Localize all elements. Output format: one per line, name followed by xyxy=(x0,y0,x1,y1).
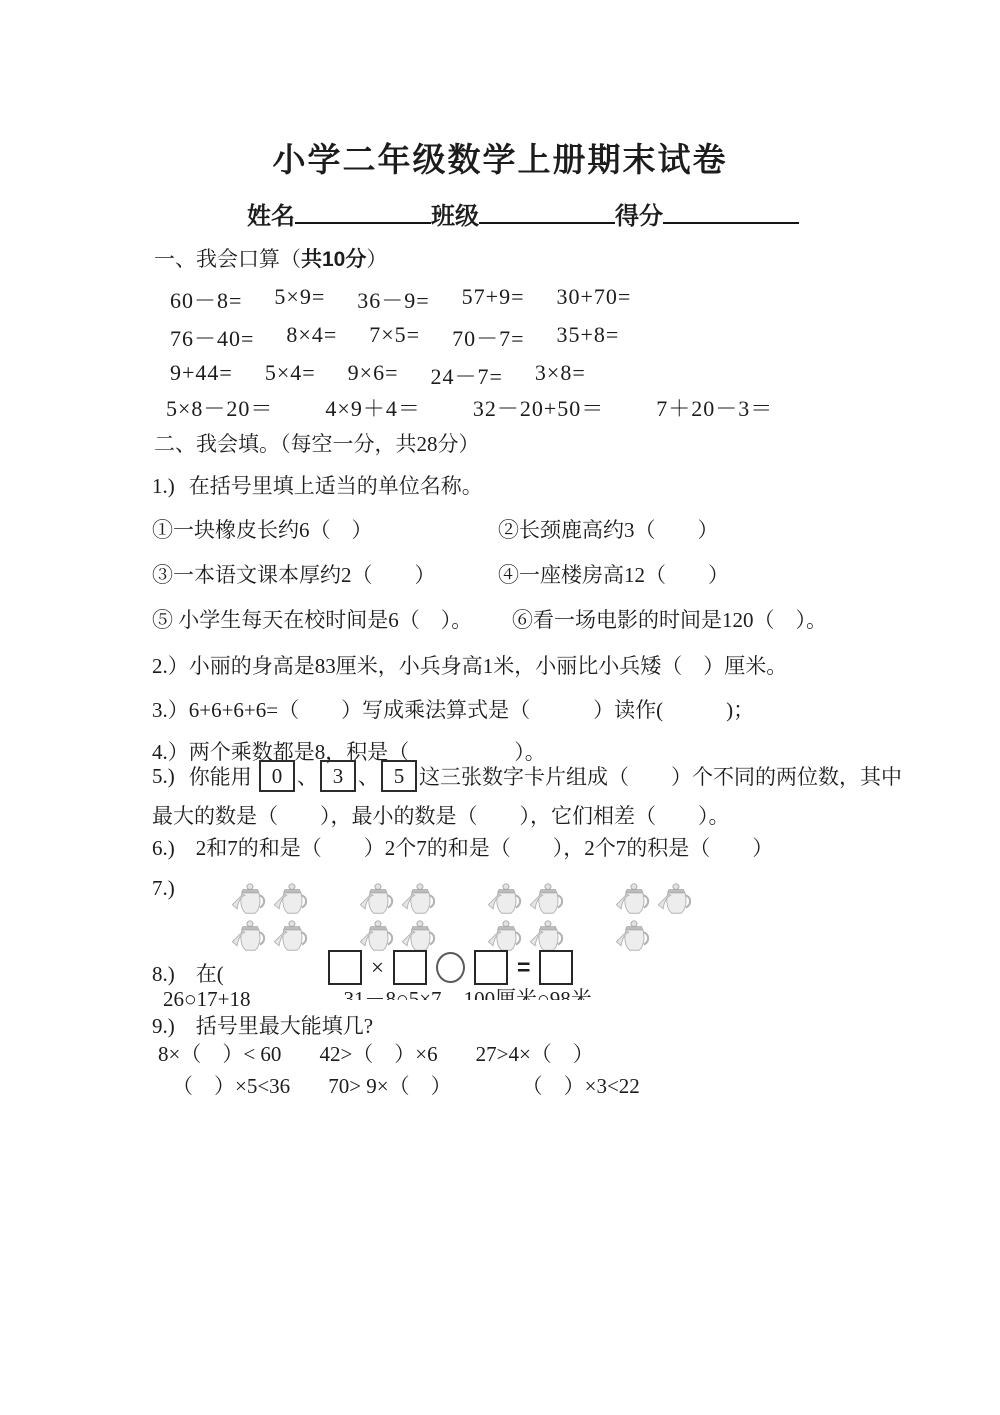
question-5-line2: 最大的数是（ ），最小的数是（ ），它们相差（ ）。 xyxy=(152,800,730,830)
exam-title: 小学二年级数学上册期末试卷 xyxy=(0,134,1000,181)
oral-calc-row-2: 76－40=8×4=7×5=70－7=35+8= xyxy=(170,322,651,353)
question-9-row-2: （ ）×5<3670> 9×（ ）（ ）×3<22 xyxy=(172,1070,678,1100)
teapot-icon xyxy=(350,864,388,899)
teapot-icon xyxy=(264,864,302,899)
unit-row-1: ①一块橡皮长约6（ ）②长颈鹿高约3（ ） xyxy=(152,514,373,544)
teapot-icon xyxy=(606,864,644,899)
teapot-group xyxy=(478,864,558,899)
question-6: 6.) 2和7的和是（ ）2个7的和是（ ），2个7的积是（ ） xyxy=(152,832,773,862)
answer-box xyxy=(328,950,362,985)
question-5-label: 5.) xyxy=(152,764,175,789)
card-separator: 、 xyxy=(358,761,379,791)
score-blank xyxy=(663,202,799,224)
student-info-line: 姓名班级得分 xyxy=(247,196,799,231)
teapot-icon xyxy=(222,901,260,936)
math-problem: 9+44= xyxy=(170,360,233,391)
name-label: 姓名 xyxy=(247,203,295,230)
unit-item: ④一座楼房高12（ ） xyxy=(498,559,729,589)
teapot-icon xyxy=(606,901,644,936)
teapot-icon xyxy=(478,901,516,936)
math-problem: 7＋20－3＝ xyxy=(656,392,773,423)
math-problem: 70－7= xyxy=(452,322,524,353)
question-5-line1: 5.)你能用 0、3、5这三张数字卡片组成（ ）个不同的两位数，其中 xyxy=(152,760,902,792)
exam-page: 小学二年级数学上册期末试卷 姓名班级得分 一、我会口算（共10分） 60－8=5… xyxy=(0,0,1000,1415)
teapot-group xyxy=(222,864,302,899)
digit-card: 3 xyxy=(320,760,356,792)
oral-calc-row-4: 5×8－20＝4×9＋4＝32－20+50＝7＋20－3＝ xyxy=(166,392,825,423)
question-9-heading: 9.) 括号里最大能填几? xyxy=(152,1010,373,1040)
math-problem: 7×5= xyxy=(369,322,420,353)
question-7-label: 7.) xyxy=(152,876,175,901)
teapot-group xyxy=(350,864,430,899)
math-problem: 5×4= xyxy=(265,360,316,391)
math-problem: 32－20+50＝ xyxy=(473,392,604,423)
question-3: 3.）6+6+6+6=（ ）写成乘法算式是（ ）读作( )； xyxy=(152,694,754,724)
question-8-formula: ×= xyxy=(328,950,573,985)
section2-heading: 二、我会填。（每空一分，共28分） xyxy=(154,428,480,458)
inequality-problem: 70> 9×（ ） xyxy=(328,1070,451,1100)
math-problem: 57+9= xyxy=(462,284,525,315)
comparison-circle xyxy=(436,952,465,983)
teapot-group xyxy=(350,901,430,936)
teapot-icon xyxy=(478,864,516,899)
unit-item: ⑤ 小学生每天在校时间是6（ ）。 xyxy=(152,608,472,632)
teapot-icon xyxy=(392,864,430,899)
teapot-row-2 xyxy=(222,901,644,936)
score-label: 得分 xyxy=(615,203,663,230)
unit-row-2: ③一本语文课本厚约2（ ）④一座楼房高12（ ） xyxy=(152,559,436,589)
times-operator: × xyxy=(371,955,384,981)
unit-item: ③一本语文课本厚约2（ ） xyxy=(152,563,436,587)
teapot-icon xyxy=(350,901,388,936)
inequality-problem: （ ）×5<36 xyxy=(172,1070,290,1100)
inequality-problem: 42>（ ）×6 xyxy=(319,1038,437,1068)
teapot-row-1 xyxy=(222,864,686,899)
oral-calc-row-3: 9+44=5×4=9×6=24－7=3×8= xyxy=(170,360,618,391)
math-problem: 9×6= xyxy=(348,360,399,391)
section1-heading: 一、我会口算（共10分） xyxy=(154,243,387,273)
math-problem: 30+70= xyxy=(557,284,632,315)
oral-calc-row-1: 60－8=5×9=36－9=57+9=30+70= xyxy=(170,284,663,315)
comparison-item: 31－8○5×7 xyxy=(344,987,442,1000)
teapot-icon xyxy=(264,901,302,936)
math-problem: 4×9＋4＝ xyxy=(325,392,420,423)
teapot-group xyxy=(478,901,558,936)
digit-cards: 0、3、5 xyxy=(257,760,419,792)
math-problem: 60－8= xyxy=(170,284,242,315)
digit-card: 0 xyxy=(259,760,295,792)
question-1: 1.)在括号里填上适当的单位名称。 xyxy=(152,470,483,500)
class-blank xyxy=(479,202,615,224)
question-1-label: 1.) xyxy=(152,474,175,498)
answer-box xyxy=(393,950,427,985)
equals-operator: = xyxy=(517,954,530,981)
math-problem: 35+8= xyxy=(557,322,620,353)
teapot-group xyxy=(222,901,302,936)
inequality-problem: （ ）×3<22 xyxy=(522,1070,640,1100)
question-9-row-1: 8×（ ）< 6042>（ ）×627>4×（ ） xyxy=(158,1038,632,1068)
math-problem: 24－7= xyxy=(430,360,502,391)
question-2: 2.）小丽的身高是83厘米，小兵身高1米，小丽比小兵矮（ ）厘米。 xyxy=(152,650,787,680)
answer-box xyxy=(474,950,508,985)
unit-item: ①一块橡皮长约6（ ） xyxy=(152,518,373,542)
class-label: 班级 xyxy=(431,203,479,230)
teapot-icon xyxy=(520,864,558,899)
math-problem: 8×4= xyxy=(286,322,337,353)
teapot-icon xyxy=(222,864,260,899)
inequality-problem: 8×（ ）< 60 xyxy=(158,1038,281,1068)
teapot-group xyxy=(606,901,644,936)
unit-row-3: ⑤ 小学生每天在校时间是6（ ）。⑥看一场电影的时间是120（ ）。 xyxy=(152,604,472,634)
math-problem: 36－9= xyxy=(357,284,429,315)
unit-item: ⑥看一场电影的时间是120（ ）。 xyxy=(512,604,827,634)
answer-box xyxy=(539,950,573,985)
math-problem: 3×8= xyxy=(535,360,586,391)
card-separator: 、 xyxy=(297,761,318,791)
comparison-item: 26○17+18 xyxy=(163,987,251,1011)
teapot-group xyxy=(606,864,686,899)
name-blank xyxy=(295,202,431,224)
clipped-line: 26○17+1831－8○5×7100厘米○98米 xyxy=(163,987,592,1004)
math-problem: 76－40= xyxy=(170,322,254,353)
question-8-label: 8.) 在( xyxy=(152,958,224,988)
teapot-icon xyxy=(392,901,430,936)
math-problem: 5×8－20＝ xyxy=(166,392,273,423)
math-problem: 5×9= xyxy=(274,284,325,315)
comparison-item: 100厘米○98米 xyxy=(464,987,592,1000)
digit-card: 5 xyxy=(381,760,417,792)
unit-item: ②长颈鹿高约3（ ） xyxy=(498,514,719,544)
teapot-icon xyxy=(520,901,558,936)
inequality-problem: 27>4×（ ） xyxy=(476,1038,594,1068)
teapot-icon xyxy=(648,864,686,899)
